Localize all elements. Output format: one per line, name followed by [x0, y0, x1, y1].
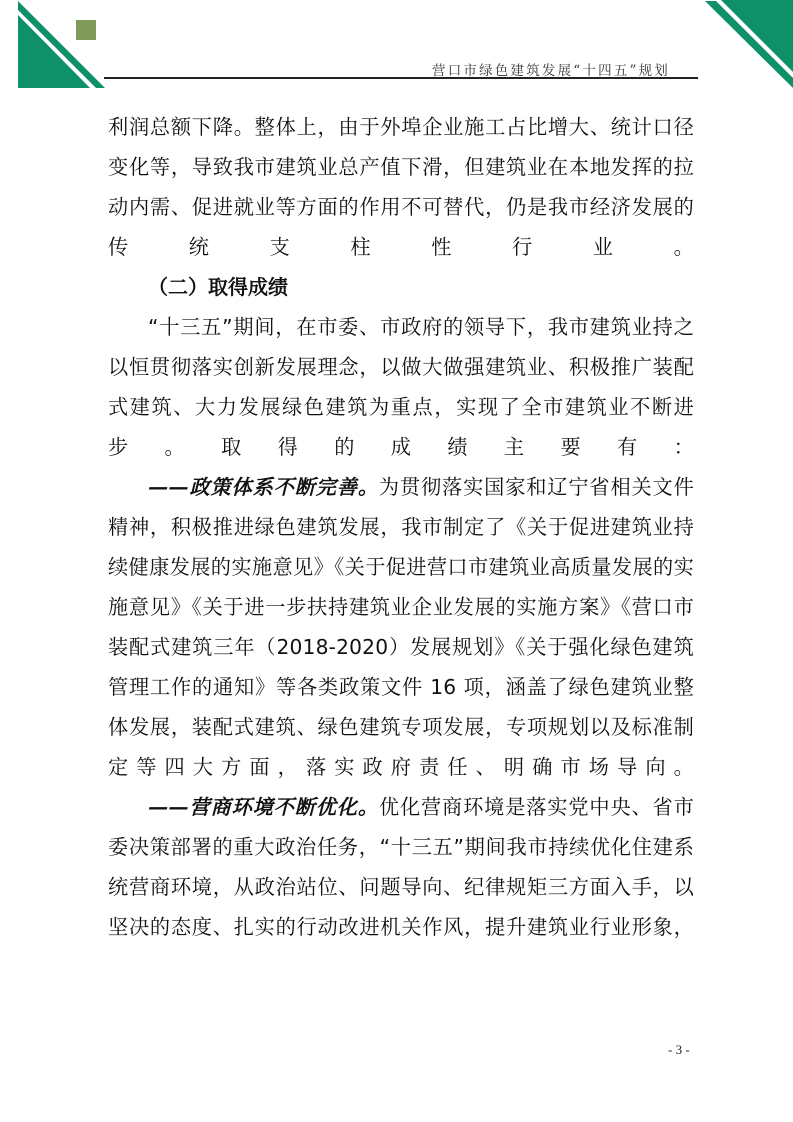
paragraph-business-environment: ——营商环境不断优化。优化营商环境是落实党中央、省市委决策部署的重大政治任务，“… — [108, 787, 694, 947]
policy-system-lead: ——政策体系不断完善。 — [148, 475, 379, 499]
paragraph-achievements-intro: “十三五”期间，在市委、市政府的领导下，我市建筑业持之以恒贯彻落实创新发展理念，… — [108, 307, 694, 467]
page-number: - 3 - — [668, 1042, 690, 1058]
header-decoration — [0, 0, 793, 100]
business-environment-lead: ——营商环境不断优化。 — [148, 795, 379, 819]
page-body: 利润总额下降。整体上，由于外埠企业施工占比增大、统计口径变化等，导致我市建筑业总… — [108, 107, 694, 947]
right-corner-triangle — [721, 0, 793, 72]
policy-system-text: 为贯彻落实国家和辽宁省相关文件精神，积极推进绿色建筑发展，我市制定了《关于促进建… — [108, 475, 694, 779]
olive-square-icon — [76, 20, 96, 40]
header-divider — [104, 77, 698, 79]
paragraph-industry-summary: 利润总额下降。整体上，由于外埠企业施工占比增大、统计口径变化等，导致我市建筑业总… — [108, 107, 694, 267]
section-heading: （二）取得成绩 — [108, 267, 694, 307]
running-header-title: 营口市绿色建筑发展“十四五”规划 — [432, 59, 670, 79]
paragraph-policy-system: ——政策体系不断完善。为贯彻落实国家和辽宁省相关文件精神，积极推进绿色建筑发展，… — [108, 467, 694, 787]
